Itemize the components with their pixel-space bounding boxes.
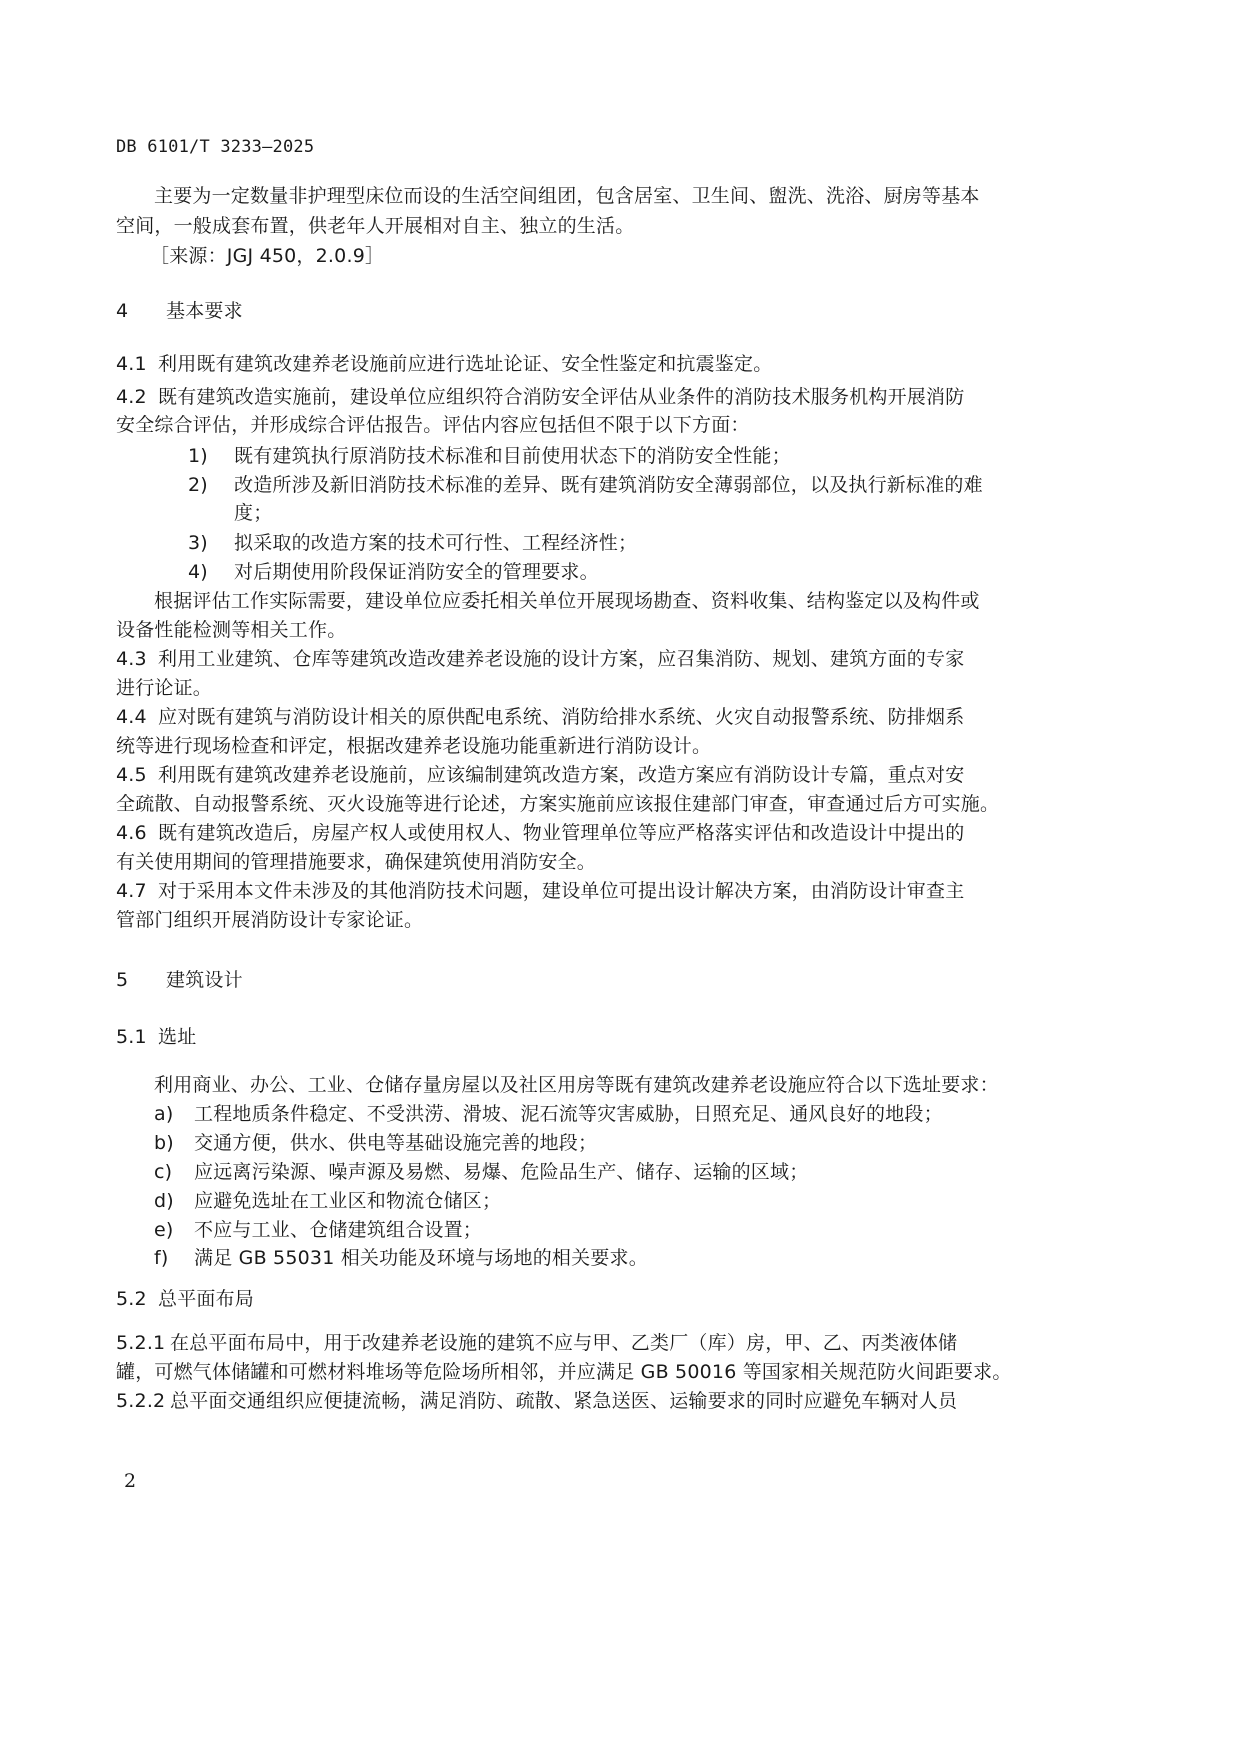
clause-5-2-1: 5.2.1在总平面布局中，用于改建养老设施的建筑不应与甲、乙类厂（库）房，甲、乙…: [116, 1331, 957, 1355]
clause-text: 既有建筑改造实施前，建设单位应组织符合消防安全评估从业条件的消防技术服务机构开展…: [158, 386, 964, 408]
site-item-a: a)工程地质条件稳定、不受洪涝、滑坡、泥石流等灾害威胁，日照充足、通风良好的地段…: [154, 1102, 943, 1126]
clause-4-4-cont: 统等进行现场检查和评定，根据改建养老设施功能重新进行消防设计。: [116, 734, 711, 758]
clause-text: 利用既有建筑改建养老设施前，应该编制建筑改造方案，改造方案应有消防设计专篇，重点…: [158, 764, 964, 786]
intro-source: ［来源：JGJ 450，2.0.9］: [150, 244, 384, 268]
intro-line-2: 空间，一般成套布置，供老年人开展相对自主、独立的生活。: [116, 214, 634, 238]
subsection-number: 5.1: [116, 1025, 158, 1049]
clause-number: 4.7: [116, 879, 158, 903]
clause-text: 对于采用本文件未涉及的其他消防技术问题，建设单位可提出设计解决方案，由消防设计审…: [158, 880, 964, 902]
subsection-heading-5-1: 5.1选址: [116, 1025, 196, 1049]
list-letter: c): [154, 1160, 194, 1184]
site-item-b: b)交通方便，供水、供电等基础设施完善的地段；: [154, 1131, 597, 1155]
list-text: 对后期使用阶段保证消防安全的管理要求。: [234, 561, 599, 583]
para-4-2-extra-line-1: 根据评估工作实际需要，建设单位应委托相关单位开展现场勘查、资料收集、结构鉴定以及…: [154, 589, 980, 613]
clause-4-2: 4.2既有建筑改造实施前，建设单位应组织符合消防安全评估从业条件的消防技术服务机…: [116, 385, 964, 409]
list-item-2: 2)改造所涉及新旧消防技术标准的差异、既有建筑消防安全薄弱部位，以及执行新标准的…: [188, 473, 983, 497]
section-title: 基本要求: [166, 300, 243, 322]
clause-5-2-2: 5.2.2总平面交通组织应便捷流畅，满足消防、疏散、紧急送医、运输要求的同时应避…: [116, 1389, 957, 1413]
document-page: DB 6101/T 3233—2025 主要为一定数量非护理型床位而设的生活空间…: [0, 0, 1241, 1755]
list-text: 工程地质条件稳定、不受洪涝、滑坡、泥石流等灾害威胁，日照充足、通风良好的地段；: [194, 1103, 943, 1125]
clause-4-3: 4.3利用工业建筑、仓库等建筑改造改建养老设施的设计方案，应召集消防、规划、建筑…: [116, 647, 964, 671]
section-heading-4: 4基本要求: [116, 299, 243, 323]
clause-number: 4.5: [116, 763, 158, 787]
list-item-2-cont: 度；: [234, 501, 272, 525]
clause-number: 4.4: [116, 705, 158, 729]
clause-text: 总平面交通组织应便捷流畅，满足消防、疏散、紧急送医、运输要求的同时应避免车辆对人…: [170, 1390, 957, 1412]
subsection-title: 总平面布局: [158, 1288, 254, 1310]
clause-4-5-cont: 全疏散、自动报警系统、灭火设施等进行论述，方案实施前应该报住建部门审查，审查通过…: [116, 792, 999, 816]
section-number: 4: [116, 299, 166, 323]
intro-line-1: 主要为一定数量非护理型床位而设的生活空间组团，包含居室、卫生间、盥洗、洗浴、厨房…: [154, 184, 1106, 208]
site-selection-intro: 利用商业、办公、工业、仓储存量房屋以及社区用房等既有建筑改建养老设施应符合以下选…: [154, 1073, 999, 1097]
clause-number: 5.2.2: [116, 1389, 170, 1413]
clause-number: 4.2: [116, 385, 158, 409]
list-number: 4): [188, 560, 234, 584]
clause-4-7-cont: 管部门组织开展消防设计专家论证。: [116, 908, 423, 932]
list-item-1: 1)既有建筑执行原消防技术标准和目前使用状态下的消防安全性能；: [188, 444, 791, 468]
section-heading-5: 5建筑设计: [116, 968, 243, 992]
clause-4-6: 4.6既有建筑改造后，房屋产权人或使用权人、物业管理单位等应严格落实评估和改造设…: [116, 821, 964, 845]
subsection-number: 5.2: [116, 1287, 158, 1311]
list-text: 既有建筑执行原消防技术标准和目前使用状态下的消防安全性能；: [234, 445, 791, 467]
list-letter: e): [154, 1218, 194, 1242]
clause-4-3-cont: 进行论证。: [116, 676, 212, 700]
subsection-title: 选址: [158, 1026, 196, 1048]
clause-number: 4.1: [116, 352, 158, 376]
subsection-heading-5-2: 5.2总平面布局: [116, 1287, 254, 1311]
clause-number: 4.6: [116, 821, 158, 845]
page-number: 2: [124, 1469, 136, 1493]
clause-4-6-cont: 有关使用期间的管理措施要求，确保建筑使用消防安全。: [116, 850, 596, 874]
clause-text: 在总平面布局中，用于改建养老设施的建筑不应与甲、乙类厂（库）房，甲、乙、丙类液体…: [170, 1332, 957, 1354]
list-text: 交通方便，供水、供电等基础设施完善的地段；: [194, 1132, 597, 1154]
list-letter: a): [154, 1102, 194, 1126]
list-text: 拟采取的改造方案的技术可行性、工程经济性；: [234, 532, 637, 554]
list-letter: b): [154, 1131, 194, 1155]
list-item-3: 3)拟采取的改造方案的技术可行性、工程经济性；: [188, 531, 637, 555]
list-number: 3): [188, 531, 234, 555]
clause-text: 利用既有建筑改建养老设施前应进行选址论证、安全性鉴定和抗震鉴定。: [158, 353, 772, 375]
list-text: 应远离污染源、噪声源及易燃、易爆、危险品生产、储存、运输的区域；: [194, 1161, 808, 1183]
section-number: 5: [116, 968, 166, 992]
list-text: 满足 GB 55031 相关功能及环境与场地的相关要求。: [194, 1247, 648, 1269]
clause-text: 既有建筑改造后，房屋产权人或使用权人、物业管理单位等应严格落实评估和改造设计中提…: [158, 822, 964, 844]
clause-number: 5.2.1: [116, 1331, 170, 1355]
clause-4-4: 4.4应对既有建筑与消防设计相关的原供配电系统、消防给排水系统、火灾自动报警系统…: [116, 705, 964, 729]
clause-4-1: 4.1利用既有建筑改建养老设施前应进行选址论证、安全性鉴定和抗震鉴定。: [116, 352, 772, 376]
list-item-4: 4)对后期使用阶段保证消防安全的管理要求。: [188, 560, 599, 584]
list-number: 1): [188, 444, 234, 468]
clause-5-2-1-cont: 罐，可燃气体储罐和可燃材料堆场等危险场所相邻，并应满足 GB 50016 等国家…: [116, 1360, 1012, 1384]
clause-text: 应对既有建筑与消防设计相关的原供配电系统、消防给排水系统、火灾自动报警系统、防排…: [158, 706, 964, 728]
clause-number: 4.3: [116, 647, 158, 671]
list-text: 改造所涉及新旧消防技术标准的差异、既有建筑消防安全薄弱部位，以及执行新标准的难: [234, 474, 983, 496]
document-id: DB 6101/T 3233—2025: [116, 135, 314, 159]
section-title: 建筑设计: [166, 969, 243, 991]
list-text: 不应与工业、仓储建筑组合设置；: [194, 1219, 482, 1241]
site-item-d: d)应避免选址在工业区和物流仓储区；: [154, 1189, 501, 1213]
clause-4-2-cont: 安全综合评估，并形成综合评估报告。评估内容应包括但不限于以下方面：: [116, 413, 750, 437]
list-letter: d): [154, 1189, 194, 1213]
site-item-e: e)不应与工业、仓储建筑组合设置；: [154, 1218, 482, 1242]
clause-4-5: 4.5利用既有建筑改建养老设施前，应该编制建筑改造方案，改造方案应有消防设计专篇…: [116, 763, 964, 787]
para-4-2-extra-line-2: 设备性能检测等相关工作。: [116, 618, 346, 642]
site-item-c: c)应远离污染源、噪声源及易燃、易爆、危险品生产、储存、运输的区域；: [154, 1160, 808, 1184]
clause-4-7: 4.7对于采用本文件未涉及的其他消防技术问题，建设单位可提出设计解决方案，由消防…: [116, 879, 964, 903]
list-text: 应避免选址在工业区和物流仓储区；: [194, 1190, 501, 1212]
list-letter: f): [154, 1246, 194, 1270]
clause-text: 利用工业建筑、仓库等建筑改造改建养老设施的设计方案，应召集消防、规划、建筑方面的…: [158, 648, 964, 670]
site-item-f: f)满足 GB 55031 相关功能及环境与场地的相关要求。: [154, 1246, 648, 1270]
list-number: 2): [188, 473, 234, 497]
